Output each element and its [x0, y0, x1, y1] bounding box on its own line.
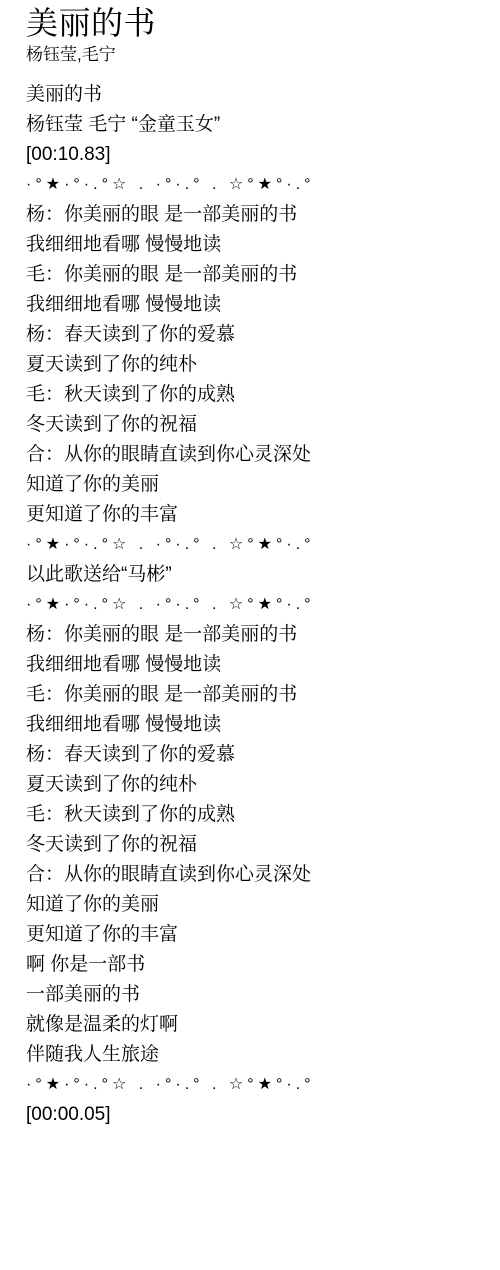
lyric-line: ·°★·°·.°☆ . ·°·.° . ☆°★°·.° — [26, 170, 490, 200]
lyric-line: 毛：你美丽的眼 是一部美丽的书 — [26, 680, 490, 710]
lyric-line: 就像是温柔的灯啊 — [26, 1010, 490, 1040]
lyric-line: 杨：你美丽的眼 是一部美丽的书 — [26, 200, 490, 230]
lyric-line: 一部美丽的书 — [26, 980, 490, 1010]
lyric-line: 毛：你美丽的眼 是一部美丽的书 — [26, 260, 490, 290]
lyric-line: 我细细地看哪 慢慢地读 — [26, 710, 490, 740]
lyric-line: 冬天读到了你的祝福 — [26, 410, 490, 440]
lyric-line: ·°★·°·.°☆ . ·°·.° . ☆°★°·.° — [26, 1070, 490, 1100]
lyric-line: 杨：春天读到了你的爱慕 — [26, 740, 490, 770]
lyric-line: 冬天读到了你的祝福 — [26, 830, 490, 860]
lyric-line: 我细细地看哪 慢慢地读 — [26, 650, 490, 680]
lyric-line: 知道了你的美丽 — [26, 470, 490, 500]
lyrics-page: 美丽的书 杨钰莹,毛宁 美丽的书 杨钰莹 毛宁 “金童玉女” [00:10.83… — [0, 0, 500, 1130]
lyric-line: 美丽的书 — [26, 80, 490, 110]
lyric-line: 啊 你是一部书 — [26, 950, 490, 980]
lyric-line: 我细细地看哪 慢慢地读 — [26, 230, 490, 260]
lyric-line: 夏天读到了你的纯朴 — [26, 770, 490, 800]
lyric-line: 以此歌送给“马彬” — [26, 560, 490, 590]
lyric-line: [00:10.83] — [26, 140, 490, 170]
lyric-line: 合：从你的眼睛直读到你心灵深处 — [26, 860, 490, 890]
lyric-line: 杨：春天读到了你的爱慕 — [26, 320, 490, 350]
lyric-line: 毛：秋天读到了你的成熟 — [26, 800, 490, 830]
lyric-line: 更知道了你的丰富 — [26, 920, 490, 950]
song-artists: 杨钰莹,毛宁 — [26, 44, 490, 66]
lyric-line: ·°★·°·.°☆ . ·°·.° . ☆°★°·.° — [26, 530, 490, 560]
lyrics-body: 美丽的书 杨钰莹 毛宁 “金童玉女” [00:10.83] ·°★·°·.°☆ … — [26, 80, 490, 1130]
lyric-line: 更知道了你的丰富 — [26, 500, 490, 530]
lyric-line: 知道了你的美丽 — [26, 890, 490, 920]
lyric-line: ·°★·°·.°☆ . ·°·.° . ☆°★°·.° — [26, 590, 490, 620]
lyric-line: [00:00.05] — [26, 1100, 490, 1130]
lyric-line: 合：从你的眼睛直读到你心灵深处 — [26, 440, 490, 470]
lyric-line: 杨钰莹 毛宁 “金童玉女” — [26, 110, 490, 140]
lyric-line: 杨：你美丽的眼 是一部美丽的书 — [26, 620, 490, 650]
lyric-line: 我细细地看哪 慢慢地读 — [26, 290, 490, 320]
lyric-line: 毛：秋天读到了你的成熟 — [26, 380, 490, 410]
lyric-line: 夏天读到了你的纯朴 — [26, 350, 490, 380]
song-title: 美丽的书 — [26, 2, 490, 44]
lyric-line: 伴随我人生旅途 — [26, 1040, 490, 1070]
